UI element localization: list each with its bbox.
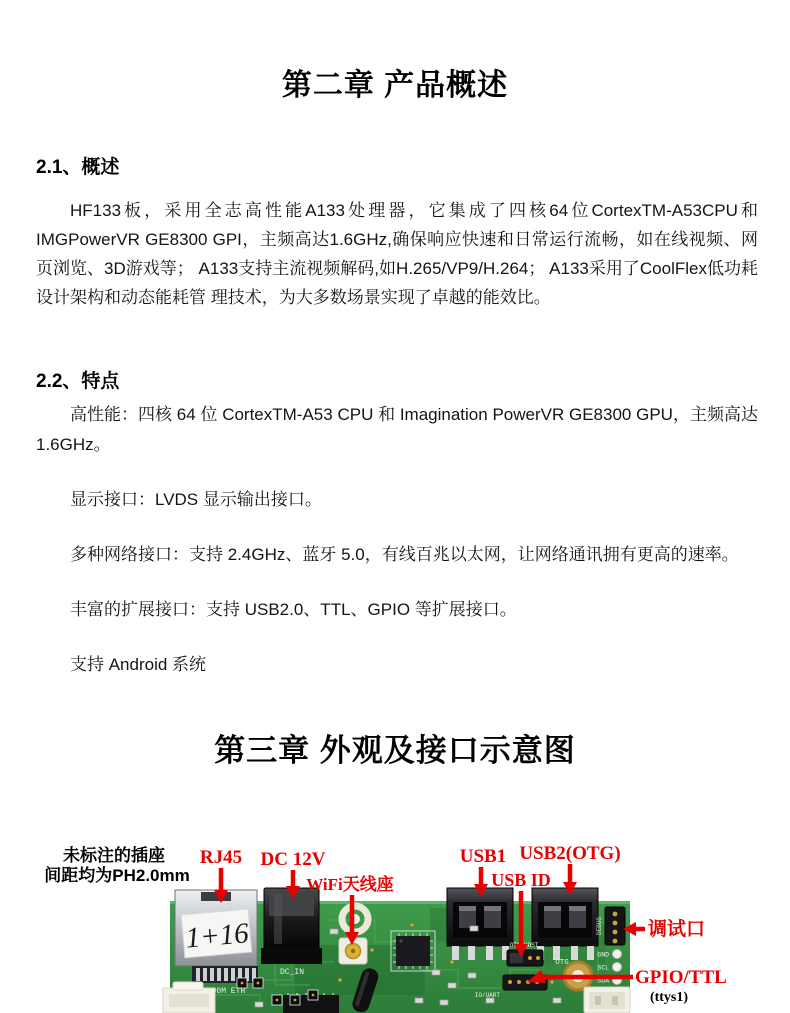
dc-in-silkscreen: DC_IN — [280, 968, 304, 977]
section-2-1-paragraph: HF133板，采用全志高性能A133处理器，它集成了四核64位CortexTM-… — [36, 196, 758, 312]
dc-jack: DC_IN — [261, 888, 322, 977]
pin-label-gnd: GND — [597, 952, 609, 959]
note-line2: 间距均为PH2.0mm — [44, 865, 189, 885]
label-usb-id: USB ID — [491, 870, 551, 890]
label-dc-12v: DC 12V — [261, 849, 326, 870]
board-figure: 1+16 100M ETH DC_IN — [0, 830, 790, 1013]
label-rj45: RJ45 — [200, 847, 242, 868]
label-usb1: USB1 — [460, 846, 506, 867]
label-debug-port: 调试口 — [648, 918, 705, 940]
jst-connector-right — [584, 987, 630, 1013]
label-wifi-antenna: WiFi天线座 — [306, 874, 394, 894]
rj45-sticker: 1+16 — [181, 909, 251, 958]
label-gpio-ttl: GPIO/TTL — [635, 967, 727, 988]
manual-page: 第二章 产品概述 2.1、概述 HF133板，采用全志高性能A133处理器，它集… — [0, 0, 790, 1013]
section-2-1-heading: 2.1、概述 — [36, 152, 119, 179]
feature-item-display: 显示接口：LVDS 显示输出接口。 — [36, 485, 758, 515]
feature-item-performance: 高性能：四核 64 位 CortexTM-A53 CPU 和 Imaginati… — [36, 400, 758, 460]
feature-list: 高性能：四核 64 位 CortexTM-A53 CPU 和 Imaginati… — [36, 400, 758, 705]
otg-silkscreen: OTG — [555, 959, 569, 967]
feature-item-expansion: 丰富的扩展接口：支持 USB2.0、TTL、GPIO 等扩展接口。 — [36, 595, 758, 625]
feature-item-android: 支持 Android 系统 — [36, 650, 758, 680]
qfp-chip — [391, 931, 435, 971]
chapter2-title: 第二章 产品概述 — [0, 60, 790, 104]
debug-silkscreen: DEBUG — [596, 917, 603, 935]
label-gpio-ttl-sub: (ttys1) — [650, 990, 688, 1005]
board-photo-illustration: 1+16 100M ETH DC_IN — [0, 830, 790, 1013]
section-2-2-heading: 2.2、特点 — [36, 366, 119, 393]
rj45-sticker-text: 1+16 — [184, 917, 250, 954]
figure-note: 未标注的插座 间距均为PH2.0mm — [44, 845, 189, 885]
chapter3-title: 第三章 外观及接口示意图 — [0, 725, 790, 770]
pin-label-scl: SCL — [597, 965, 609, 972]
label-usb2-otg: USB2(OTG) — [519, 843, 620, 864]
note-line1: 未标注的插座 — [63, 845, 165, 865]
feature-item-network: 多种网络接口：支持 2.4GHz、蓝牙 5.0，有线百兆以太网，让网络通讯拥有更… — [36, 540, 758, 570]
